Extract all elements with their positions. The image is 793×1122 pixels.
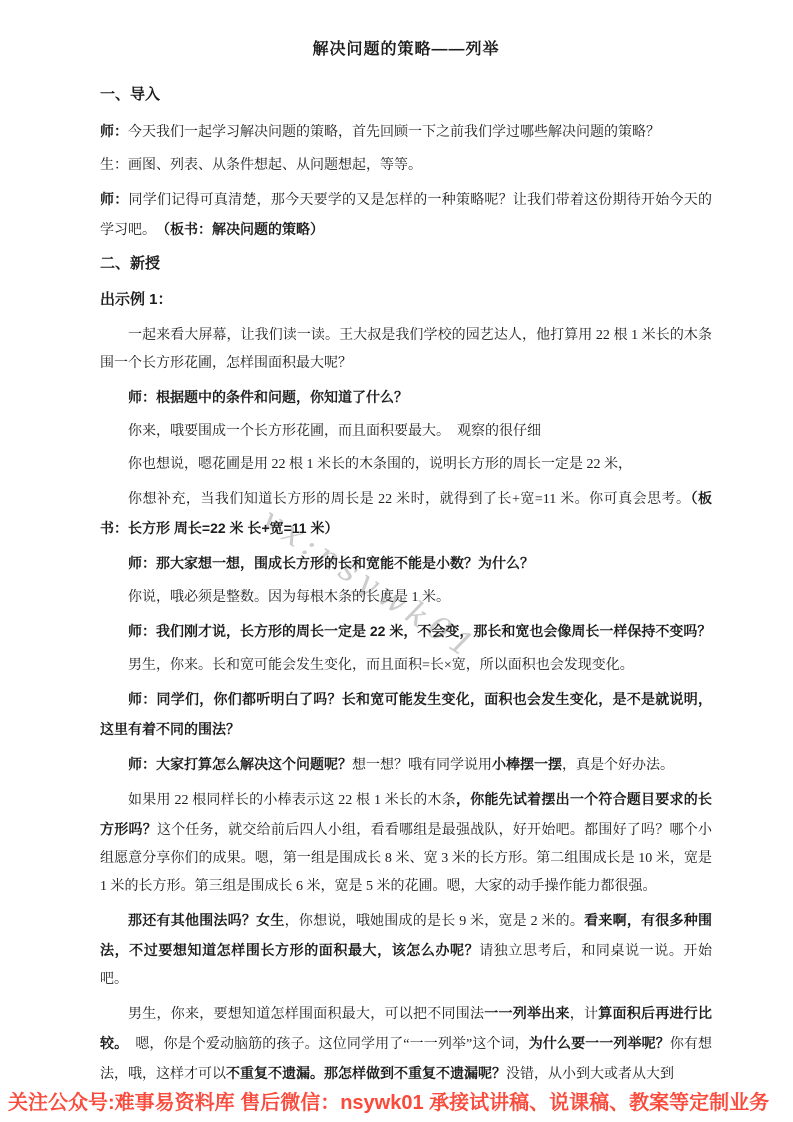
document-body: 一、导入师：今天我们一起学习解决问题的策略，首先回顾一下之前我们学过哪些解决问题… [100,81,712,1089]
document-paragraph: 师：我们刚才说，长方形的周长一定是 22 米，不会变，那长和宽也会像周长一样保持… [100,617,712,647]
bold-text-segment: 一、导入 [100,86,160,103]
document-paragraph: 你也想说，嗯花圃是用 22 根 1 米长的木条围的，说明长方形的周长一定是 22… [100,451,712,479]
section-heading: 出示例 1： [100,286,712,314]
bold-text-segment: 师：那大家想一想，围成长方形的长和宽能不能是小数？为什么？ [128,555,534,571]
bold-text-segment: 出示例 1： [100,291,173,308]
text-segment: ，你想说，哦她围成的是长 9 米，宽是 2 米的。 [285,914,584,929]
text-segment: 今天我们一起学习解决问题的策略，首先回顾一下之前我们学过哪些解决问题的策略？ [128,125,660,140]
document-title: 解决问题的策略——列举 [100,36,712,59]
section-heading: 二、新授 [100,250,712,278]
document-paragraph: 你说，哦必须是整数。因为每根木条的长度是 1 米。 [100,584,712,612]
document-paragraph: 师：根据题中的条件和问题，你知道了什么？ [100,383,712,413]
document-paragraph: 生：画图、列表、从条件想起、从问题想起，等等。 [100,152,712,180]
text-segment: ，计 [570,1007,599,1022]
document-paragraph: 男生，你来，要想知道怎样围面积最大，可以把不同围法一一列举出来，计算面积后再进行… [100,999,712,1089]
bold-text-segment: 一一列举出来 [484,1005,570,1021]
text-segment: 你也想说，嗯花圃是用 22 根 1 米长的木条围的，说明长方形的周长一定是 22… [128,457,632,472]
document-content: 解决问题的策略——列举 一、导入师：今天我们一起学习解决问题的策略，首先回顾一下… [100,36,712,1094]
bold-text-segment: 小棒摆一摆 [492,756,562,772]
document-paragraph: 师：今天我们一起学习解决问题的策略，首先回顾一下之前我们学过哪些解决问题的策略？ [100,117,712,147]
document-paragraph: 师：那大家想一想，围成长方形的长和宽能不能是小数？为什么？ [100,549,712,579]
bold-text-segment: 为什么要一一列举呢？ [529,1035,670,1051]
bold-text-segment: 师：我们刚才说，长方形的周长一定是 22 米，不会变，那长和宽也会像周长一样保持… [128,623,711,639]
document-paragraph: 如果用 22 根同样长的小棒表示这 22 根 1 米长的木条，你能先试着摆出一个… [100,785,712,901]
document-paragraph: 一起来看大屏幕，让我们读一读。王大叔是我们学校的园艺达人，他打算用 22 根 1… [100,322,712,378]
footer-banner: 关注公众号:难事易资料库 售后微信：nsywk01 承接试讲稿、说课稿、教案等定… [8,1086,785,1115]
bold-text-segment: 师：根据题中的条件和问题，你知道了什么？ [128,389,408,405]
text-segment: 男生，你来，要想知道怎样围面积最大，可以把不同围法 [128,1007,484,1022]
bold-text-segment: 师：同学们，你们都听明白了吗？长和宽可能发生变化，面积也会发生变化，是不是就说明… [100,691,712,737]
text-segment: 这个任务，就交给前后四人小组，看看哪组是最强战队，好开始吧。都围好了吗？哪个小组… [100,823,712,894]
text-segment: 你说，哦必须是整数。因为每根木条的长度是 1 米。 [128,590,450,605]
bold-text-segment: （板书：解决问题的策略） [163,221,324,237]
bold-text-segment: 师： [100,191,128,207]
text-segment: 一起来看大屏幕，让我们读一读。王大叔是我们学校的园艺达人，他打算用 22 根 1… [100,328,712,371]
text-segment: 没错，从小到大或者从大到 [506,1067,674,1082]
text-segment: ，真是个好办法。 [562,758,674,773]
bold-text-segment: 不重复不遗漏。那怎样做到不重复不遗漏呢？ [226,1065,506,1081]
bold-text-segment: 师：大家打算怎么解决这个问题呢？ [128,756,352,772]
text-segment: 你想补充，当我们知道长方形的周长是 22 米时，就得到了长+宽=11 米。你可真… [128,492,691,507]
section-heading: 一、导入 [100,81,712,109]
document-paragraph: 男生，你来。长和宽可能会发生变化，而且面积=长×宽，所以面积也会发现变化。 [100,652,712,680]
text-segment: 想一想？哦有同学说用 [352,758,492,773]
document-paragraph: 你来，哦要围成一个长方形花圃，而且面积要最大。 观察的很仔细 [100,418,712,446]
document-paragraph: 师：同学们记得可真清楚，那今天要学的又是怎样的一种策略呢？让我们带着这份期待开始… [100,185,712,245]
document-paragraph: 你想补充，当我们知道长方形的周长是 22 米时，就得到了长+宽=11 米。你可真… [100,484,712,544]
document-paragraph: 那还有其他围法吗？女生，你想说，哦她围成的是长 9 米，宽是 2 米的。看来啊，… [100,906,712,994]
text-segment: 嗯，你是个爱动脑筋的孩子。这位同学用了“一一列举”这个词， [121,1037,529,1052]
text-segment: 你来，哦要围成一个长方形花圃，而且面积要最大。 观察的很仔细 [128,424,541,439]
text-segment: 如果用 22 根同样长的小棒表示这 22 根 1 米长的木条 [128,793,456,808]
document-page: vx:nsywk01 解决问题的策略——列举 一、导入师：今天我们一起学习解决问… [0,0,793,1122]
document-paragraph: 师：同学们，你们都听明白了吗？长和宽可能发生变化，面积也会发生变化，是不是就说明… [100,685,712,745]
text-segment: 生：画图、列表、从条件想起、从问题想起，等等。 [100,158,422,173]
document-paragraph: 师：大家打算怎么解决这个问题呢？想一想？哦有同学说用小棒摆一摆，真是个好办法。 [100,750,712,780]
bold-text-segment: 二、新授 [100,255,160,272]
text-segment: 男生，你来。长和宽可能会发生变化，而且面积=长×宽，所以面积也会发现变化。 [128,658,634,673]
bold-text-segment: 师： [100,123,128,139]
bold-text-segment: 那还有其他围法吗？女生 [128,912,285,928]
